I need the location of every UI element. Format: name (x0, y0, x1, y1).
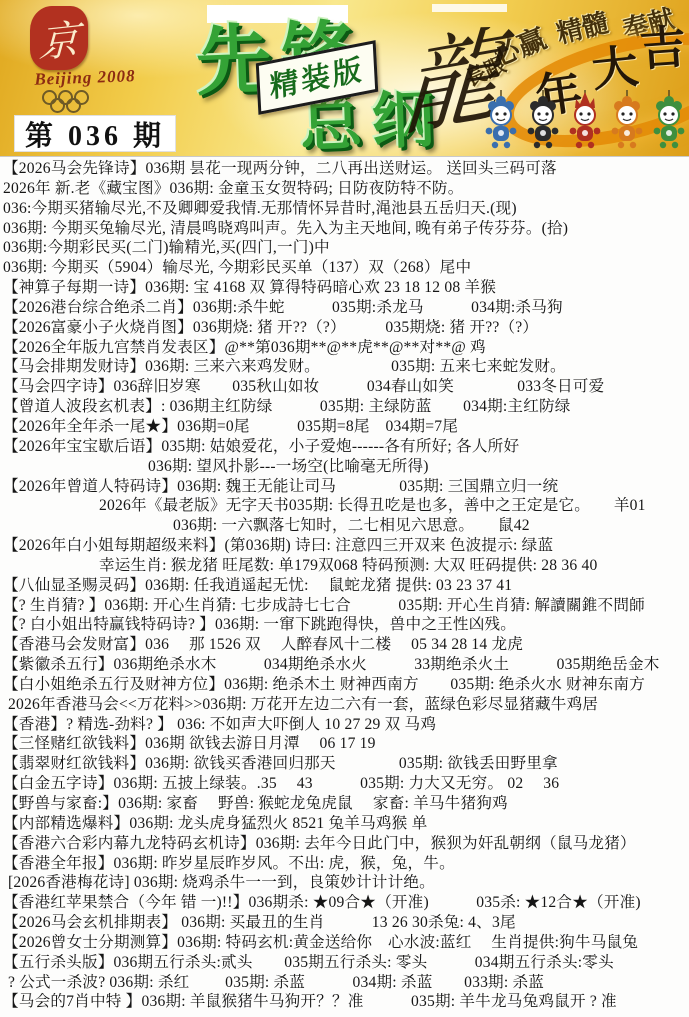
fuwa-mascots (482, 90, 688, 154)
issue-number-box: 第 036 期 (14, 115, 176, 152)
text-line: 【马会四字诗】036辞旧岁寒 035秋山如妆 034春山如笑 033冬日可爱 (3, 377, 688, 397)
fuwa-mascot-icon (650, 90, 688, 154)
calligraphy-char: 吉 (638, 24, 687, 73)
text-line: 【曾道人波段玄机表】: 036期主红防绿 035期: 主绿防蓝 034期:主红防… (3, 397, 688, 417)
calligraphy-char: 大 (590, 44, 641, 95)
text-line: 【野兽与家畜:】036期: 家畜 野兽: 猴蛇龙兔虎鼠 家畜: 羊马牛猪狗鸡 (3, 794, 688, 814)
text-line: 【2026年白小姐每期超级来料】(第036期) 诗曰: 注意四三开双来 色波提示… (3, 536, 688, 556)
text-line: 【马会排期发财诗】036期: 三来六来鸡发财。 035期: 五来七来蛇发财。 (3, 357, 688, 377)
text-line: 【三怪赌红欲钱料】036期 欲钱去游日月潭 06 17 19 (3, 734, 688, 754)
text-line: 【香港全年报】036期: 昨岁星辰昨岁风。不出: 虎，猴，兔，牛。 (3, 854, 688, 874)
text-line: ? 公式一杀波? 036期: 杀红 035期: 杀蓝 034期: 杀蓝 033期… (3, 973, 688, 993)
text-line: 【2026马会先锋诗】036期 昙花一现两分钟，二八再出送财运。 送回头三码可落 (3, 159, 688, 179)
text-line: 2026年 新.老《藏宝图》036期: 金童玉女贺特码; 日防夜防特不防。 (3, 179, 688, 199)
banner-header: 京 Beijing 2008 第 036 期 先锋 总纲 精装版 必赢 精髓 奉… (0, 0, 689, 157)
text-line: 【马会的7肖中特 】036期: 羊鼠猴猪牛马狗开？？准 035期: 羊牛龙马兔鸡… (3, 992, 688, 1012)
text-line: 036期:今期彩民买(二门)输精光,买(四门,一门)中 (3, 238, 688, 258)
text-line: 【香港红苹果禁合（今年 错 一)!!】036期杀: ★09合★（开准) 035杀… (3, 893, 688, 913)
text-line: 【八仙显圣赐灵码】036期: 任我逍遥起无忧: 鼠蛇龙猪 提供: 03 23 3… (3, 576, 688, 596)
white-patch (432, 4, 507, 12)
lottery-tip-sheet: 京 Beijing 2008 第 036 期 先锋 总纲 精装版 必赢 精髓 奉… (0, 0, 689, 1017)
text-line: 036期: 望风扑影---一场空(比喻毫无所得) (3, 457, 688, 477)
text-line: 036期: 今期买兔输尽光, 清晨鸣晓鸡叫声。先入为主天地间, 晚有弟子传芬芬。… (3, 219, 688, 239)
text-line: 【香港六合彩内幕九龙特码玄机诗】036期: 去年今日此门中，猴狈为奸乱朝纲（鼠马… (3, 834, 688, 854)
text-line: 【2026曾女士分期测算】036期: 特码玄机:黄金送给你 心水波:蓝红 生肖提… (3, 933, 688, 953)
text-line: 【2026年全年杀一尾★】036期=0尾 035期=8尾 034期=7尾 (3, 417, 688, 437)
text-line: 【2026年宝宝歇后语】035期: 姑娘爱花，小子爱炮------各有所好; 各… (3, 437, 688, 457)
text-line: 【? 白小姐出特赢钱特码诗? 】036期: 一窜下跳跑得快，兽中之王性凶残。 (3, 615, 688, 635)
beijing2008-emblem-icon: 京 (30, 6, 88, 70)
beijing2008-wordmark: Beijing 2008 (10, 65, 161, 90)
text-line: [2026香港梅花诗] 036期: 烧鸡杀牛一一到，良策妙计计计绝。 (3, 873, 688, 893)
text-line: 【香港】? 精选-劲料? 】 036: 不如声大吓倒人 10 27 29 双 马… (3, 715, 688, 735)
text-line: 【神算子每期一诗】036期: 宝 4168 双 算得特码暗心欢 23 18 12… (3, 278, 688, 298)
text-line: 【2026富豪小子火烧肖图】036期烧: 猪 开??（?） 035期烧: 猪 开… (3, 318, 688, 338)
text-line: 【2026年曾道人特码诗】036期: 魏王无能让司马 035期: 三国鼎立归一统 (3, 477, 688, 497)
text-line: 【内部精选爆料】036期: 龙头虎身猛烈火 8521 兔羊马鸡猴 单 (3, 814, 688, 834)
text-line: 2026年《最老版》无字天书035期: 长得丑吃是也多，善中之王定是它。 羊01 (3, 496, 688, 516)
text-line: 【紫徽杀五行】036期绝杀水木 034期绝杀水火 33期绝杀火土 035期绝岳金… (3, 655, 688, 675)
seal-glyph: 京 (38, 7, 80, 69)
text-line: 幸运生肖: 猴龙猪 旺尾数: 单179双068 特码预测: 大双 旺码提供: 2… (3, 556, 688, 576)
olympic-rings-icon (42, 90, 152, 116)
text-line: 036期: 今期买（5904）输尽光, 今期彩民买单（137）双（268）尾中 (3, 258, 688, 278)
text-line: 036期: 一六飘落七知时，二七相见六思意。 鼠42 (3, 516, 688, 536)
text-line: 【? 生肖猜? 】036期: 开心生肖猜: 七步成詩七七合 035期: 开心生肖… (3, 596, 688, 616)
text-line: 【2026全年版九宫禁肖发表区】@**第036期**@**虎**@**对**@ … (3, 338, 688, 358)
fuwa-mascot-icon (524, 90, 562, 154)
text-line: 【香港马会发财富】036 那 1526 双 人醉春风十二楼 05 34 28 1… (3, 635, 688, 655)
text-line: 036:今期买猪输尽光,不及卿卿爱我情.无那情怀异昔时,渑池县五岳归天.(现) (3, 199, 688, 219)
text-line: 【白小姐绝杀五行及财神方位】036期: 绝杀木土 财神西南方 035期: 绝杀火… (3, 675, 688, 695)
text-line: 【五行杀头版】036期五行杀头:贰头 035期五行杀头: 零头 034期五行杀头… (3, 953, 688, 973)
text-line: 2026年香港马会<<万花料>>036期: 万花开左边二六有一套，蓝绿色彩尽显猪… (3, 695, 688, 715)
text-line: 【白金五字诗】036期: 五披上绿装。.35 43 035期: 力大又无穷。 0… (3, 774, 688, 794)
fuwa-mascot-icon (566, 90, 604, 154)
text-body: 【2026马会先锋诗】036期 昙花一现两分钟，二八再出送财运。 送回头三码可落… (0, 158, 689, 1017)
text-line: 【2026马会玄机排期表】 036期: 买最丑的生肖 13 26 30杀兔: 4… (3, 913, 688, 933)
text-line: 【翡翠财红欲钱料】036期: 欲钱买香港回归那天 035期: 欲钱丢田野里拿 (3, 754, 688, 774)
fuwa-mascot-icon (482, 90, 520, 154)
text-line: 【2026港台综合绝杀二肖】036期:杀牛蛇 035期:杀龙马 034期:杀马狗 (3, 298, 688, 318)
fuwa-mascot-icon (608, 90, 646, 154)
